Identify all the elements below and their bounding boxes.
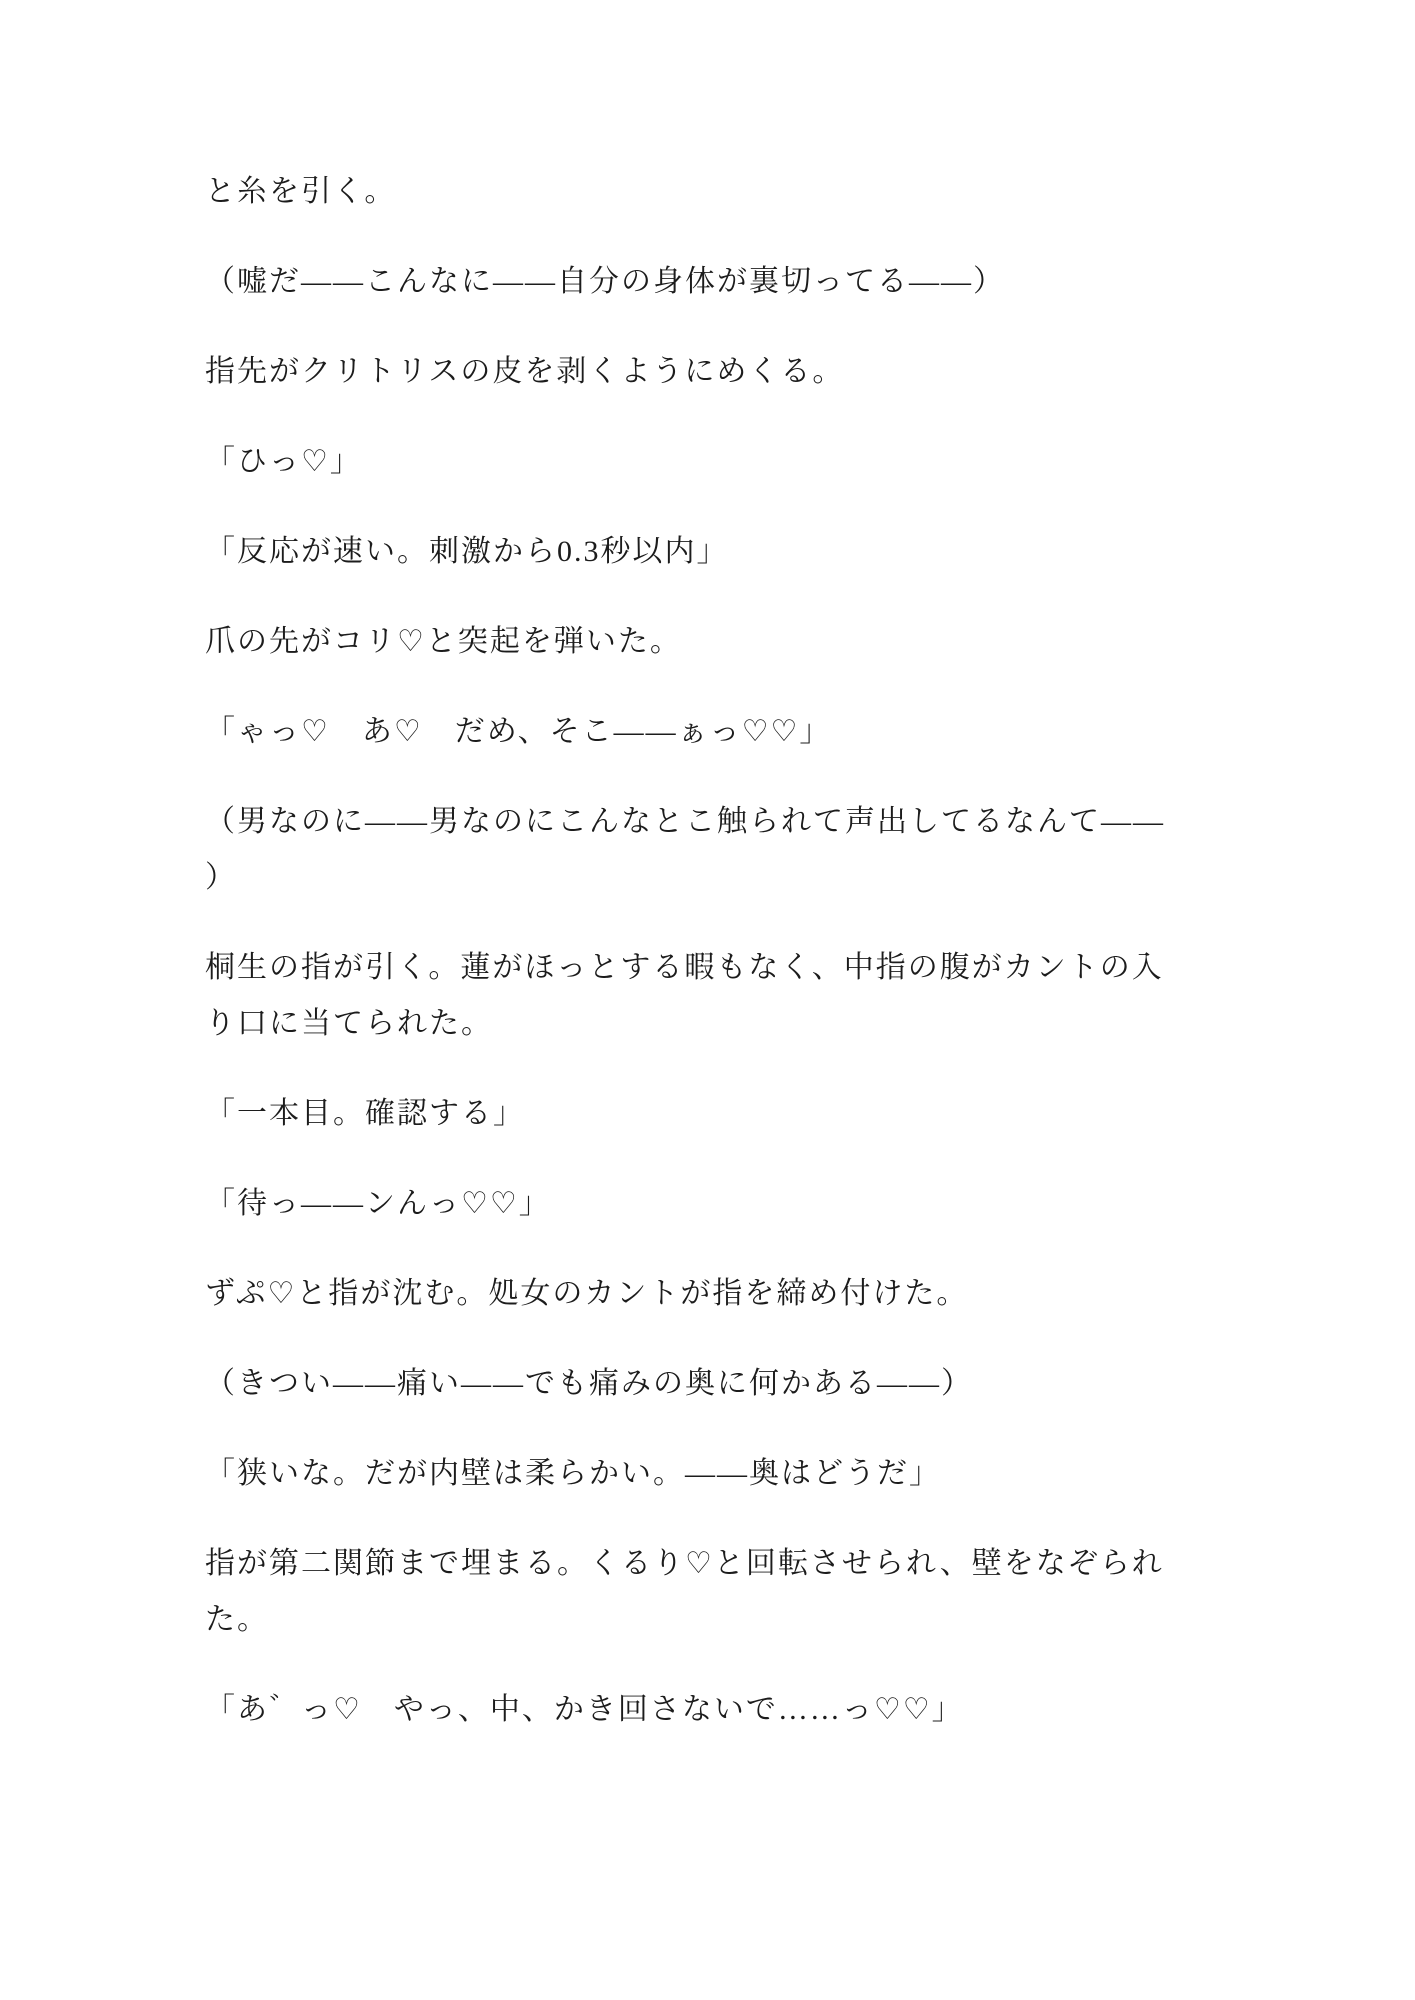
- text-block: と糸を引く。 （嘘だ——こんなに——自分の身体が裏切ってる——） 指先がクリトリ…: [205, 164, 1315, 1772]
- paragraph-9: 桐生の指が引く。蓮がほっとする暇もなく、中指の腹がカントの入 り口に当てられた。: [205, 940, 1315, 1052]
- paragraph-12: ずぷ♡と指が沈む。処女のカントが指を締め付けた。: [205, 1266, 1315, 1322]
- paragraph-13: （きつい——痛い——でも痛みの奥に何かある——）: [205, 1356, 1315, 1412]
- paragraph-10: 「一本目。確認する」: [205, 1086, 1315, 1142]
- paragraph-15: 指が第二関節まで埋まる。くるり♡と回転させられ、壁をなぞられ た。: [205, 1536, 1315, 1648]
- paragraph-8: （男なのに——男なのにこんなとこ触られて声出してるなんて—— ）: [205, 794, 1315, 906]
- paragraph-1: と糸を引く。: [205, 164, 1315, 220]
- paragraph-7: 「ゃっ♡ あ♡ だめ、そこ——ぁっ♡♡」: [205, 704, 1315, 760]
- paragraph-2: （嘘だ——こんなに——自分の身体が裏切ってる——）: [205, 254, 1315, 310]
- document-page: と糸を引く。 （嘘だ——こんなに——自分の身体が裏切ってる——） 指先がクリトリ…: [0, 0, 1415, 2000]
- paragraph-5: 「反応が速い。刺激から0.3秒以内」: [205, 524, 1315, 580]
- paragraph-11: 「待っ——ンんっ♡♡」: [205, 1176, 1315, 1232]
- paragraph-3: 指先がクリトリスの皮を剥くようにめくる。: [205, 344, 1315, 400]
- paragraph-4: 「ひっ♡」: [205, 434, 1315, 490]
- paragraph-6: 爪の先がコリ♡と突起を弾いた。: [205, 614, 1315, 670]
- paragraph-16: 「あ゛っ♡ やっ、中、かき回さないで……っ♡♡」: [205, 1682, 1315, 1738]
- paragraph-14: 「狭いな。だが内壁は柔らかい。——奥はどうだ」: [205, 1446, 1315, 1502]
